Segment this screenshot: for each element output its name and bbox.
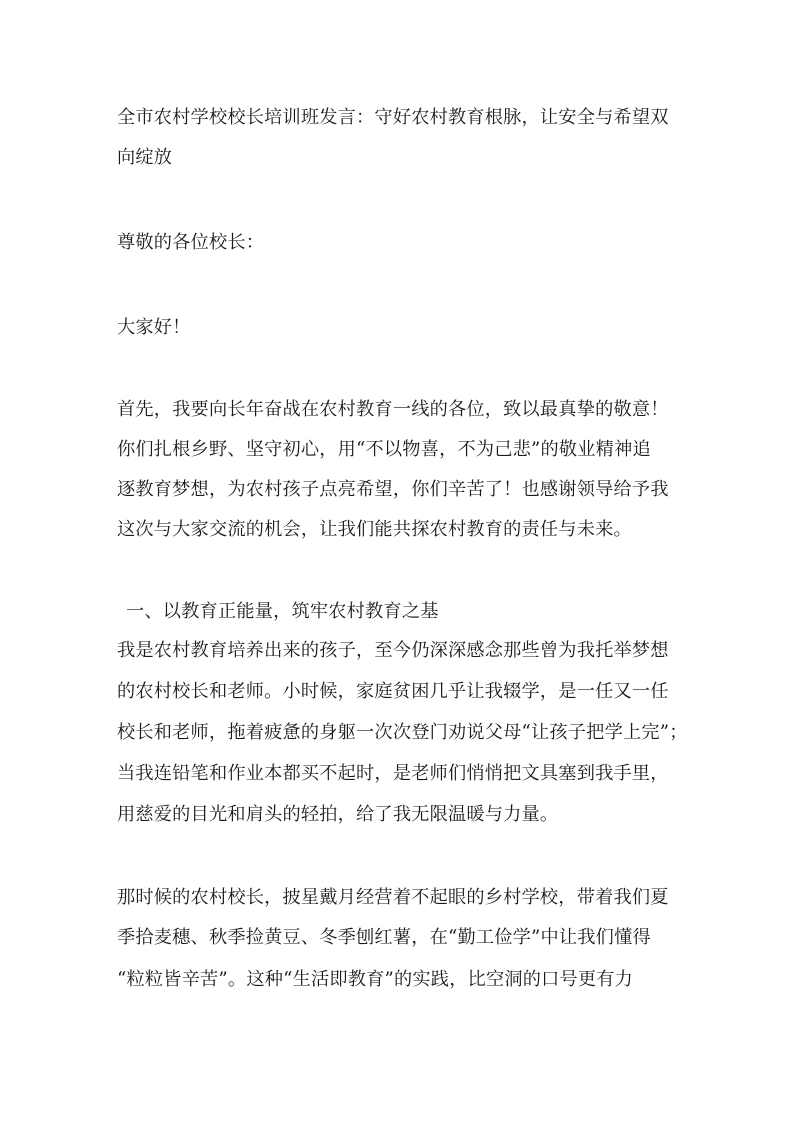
salutation: 尊敬的各位校长： <box>117 231 264 255</box>
section-heading: 一、以教育正能量，筑牢农村教育之基 <box>126 600 439 624</box>
paragraph-line: 校长和老师，拖着疲惫的身躯一次次登门劝说父母“让孩子把学上完”； <box>117 721 688 745</box>
greeting: 大家好！ <box>117 316 191 340</box>
paragraph-line: 用慈爱的目光和肩头的轻拍，给了我无限温暖与力量。 <box>117 803 558 827</box>
document-title-line-1: 全市农村学校校长培训班发言：守好农村教育根脉，让安全与希望双 <box>117 106 669 130</box>
paragraph-line: 逐教育梦想，为农村孩子点亮希望，你们辛苦了！也感谢领导给予我 <box>117 478 669 502</box>
paragraph-line: 的农村校长和老师。小时候，家庭贫困几乎让我辍学，是一任又一任 <box>117 680 669 704</box>
paragraph-line: 首先，我要向长年奋战在农村教育一线的各位，致以最真挚的敬意！ <box>117 398 669 422</box>
document-page: 全市农村学校校长培训班发言：守好农村教育根脉，让安全与希望双 向绽放 尊敬的各位… <box>0 0 793 1122</box>
document-title-line-2: 向绽放 <box>117 146 172 170</box>
paragraph-line: “粒粒皆辛苦”。这种“生活即教育”的实践，比空洞的口号更有力 <box>117 968 633 992</box>
paragraph-line: 这次与大家交流的机会，让我们能共探农村教育的责任与未来。 <box>117 518 632 542</box>
paragraph-line: 你们扎根乡野、坚守初心，用“不以物喜，不为己悲”的敬业精神追 <box>117 438 651 462</box>
paragraph-line: 那时候的农村校长，披星戴月经营着不起眼的乡村学校，带着我们夏 <box>117 886 669 910</box>
paragraph-line: 季拾麦穗、秋季捡黄豆、冬季刨红薯，在“勤工俭学”中让我们懂得 <box>117 926 651 950</box>
paragraph-line: 我是农村教育培养出来的孩子，至今仍深深感念那些曾为我托举梦想 <box>117 639 669 663</box>
paragraph-line: 当我连铅笔和作业本都买不起时，是老师们悄悄把文具塞到我手里， <box>117 762 669 786</box>
